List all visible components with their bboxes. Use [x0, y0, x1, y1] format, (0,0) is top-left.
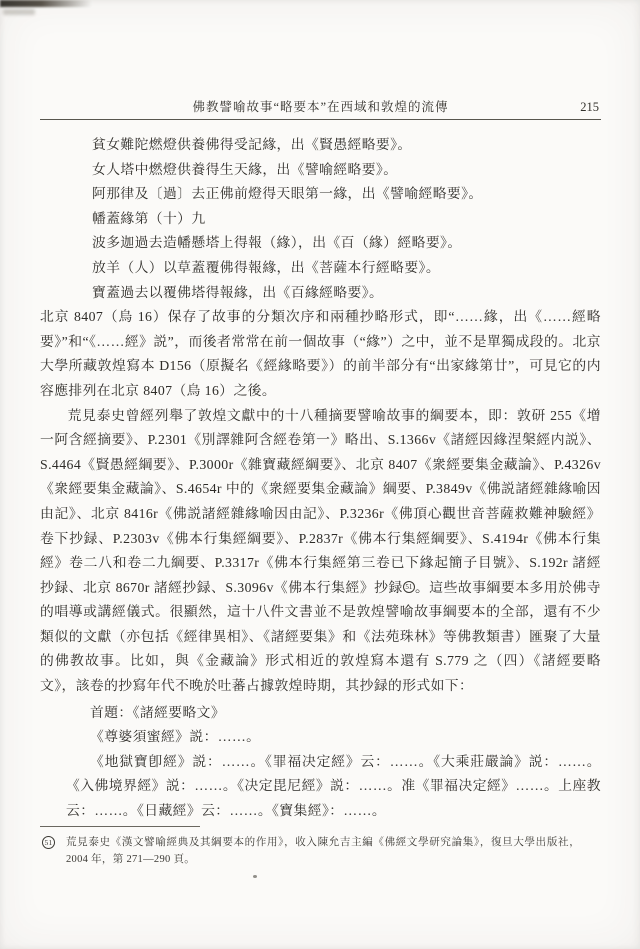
- paragraph-aramiki-list: 荒見泰史曾經列舉了敦煌文獻中的十八種摘要譬喻故事的綱要本，即：敦研 255《增一…: [40, 404, 601, 699]
- quote-line: 《尊婆須蜜經》説：……。: [66, 725, 601, 750]
- header-rule: [40, 119, 601, 120]
- quote-line: 波多迦過去造幡懸塔上得報（緣），出《百（緣）經略要》。: [92, 231, 601, 256]
- quote-line: 幡蓋緣第（十）九: [92, 207, 601, 232]
- footnote-text: 荒見泰史《漢文譬喻經典及其綱要本的作用》，收入陳允吉主編《佛經文學研究論集》，復…: [66, 837, 580, 865]
- quote-line: 《地獄寶卽經》説：……。《罪福决定經》云：……。《大乘莊嚴論》説：……。《入佛境…: [66, 750, 601, 824]
- footnote-area: 51 荒見泰史《漢文譬喻經典及其綱要本的作用》，收入陳允吉主編《佛經文學研究論集…: [40, 826, 580, 868]
- paragraph-text-before-note: 荒見泰史曾經列舉了敦煌文獻中的十八種摘要譬喻故事的綱要本，即：敦研 255《增一…: [40, 408, 601, 595]
- quote-line: 女人塔中燃燈供養得生天緣，出《譬喻經略要》。: [92, 158, 601, 183]
- footnote-reference-51: 51: [403, 581, 415, 593]
- block-quote-story-list: 貧女難陀燃燈供養佛得受記緣，出《賢愚經略要》。 女人塔中燃燈供養得生天緣，出《譬…: [92, 133, 601, 305]
- page-number: 215: [580, 99, 599, 115]
- scan-artifact-top-smudge: [0, 0, 92, 7]
- paragraph-beijing-8407: 北京 8407（烏 16）保存了故事的分類次序和兩種抄略形式，即“……緣，出《……: [40, 305, 601, 403]
- quote-line: 放羊（人）以草蓋覆佛得報緣，出《菩薩本行經略要》。: [92, 256, 601, 281]
- scan-artifact-dot: [253, 875, 257, 878]
- scan-artifact-top-smudge-2: [3, 9, 35, 15]
- quote-line: 首題：《諸經要略文》: [66, 701, 601, 726]
- quote-line: 貧女難陀燃燈供養佛得受記緣，出《賢愚經略要》。: [92, 133, 601, 158]
- quote-line: 阿那律及〔過〕去正佛前燈得天眼第一緣，出《譬喻經略要》。: [92, 182, 601, 207]
- paragraph-text-after-note: 。這些故事綱要本多用於佛寺的唱導或講經儀式。很顯然，這十八件文書並不是敦煌譬喻故…: [40, 580, 601, 693]
- footnote-separator-rule: [40, 826, 200, 827]
- quote-line: 寶蓋過去以覆佛塔得報緣，出《百緣經略要》。: [92, 281, 601, 306]
- scanned-page: 佛教譬喻故事“略要本”在西域和敦煌的流傳 215 貧女難陀燃燈供養佛得受記緣，出…: [0, 0, 640, 949]
- page-header: 佛教譬喻故事“略要本”在西域和敦煌的流傳 215: [40, 99, 601, 115]
- footnote-51: 51 荒見泰史《漢文譬喻經典及其綱要本的作用》，收入陳允吉主編《佛經文學研究論集…: [40, 834, 580, 868]
- block-quote-zhujing-yaolvewen: 首題：《諸經要略文》 《尊婆須蜜經》説：……。 《地獄寶卽經》説：……。《罪福决…: [66, 701, 601, 824]
- running-head-title: 佛教譬喻故事“略要本”在西域和敦煌的流傳: [40, 99, 601, 115]
- footnote-marker-51: 51: [42, 836, 55, 849]
